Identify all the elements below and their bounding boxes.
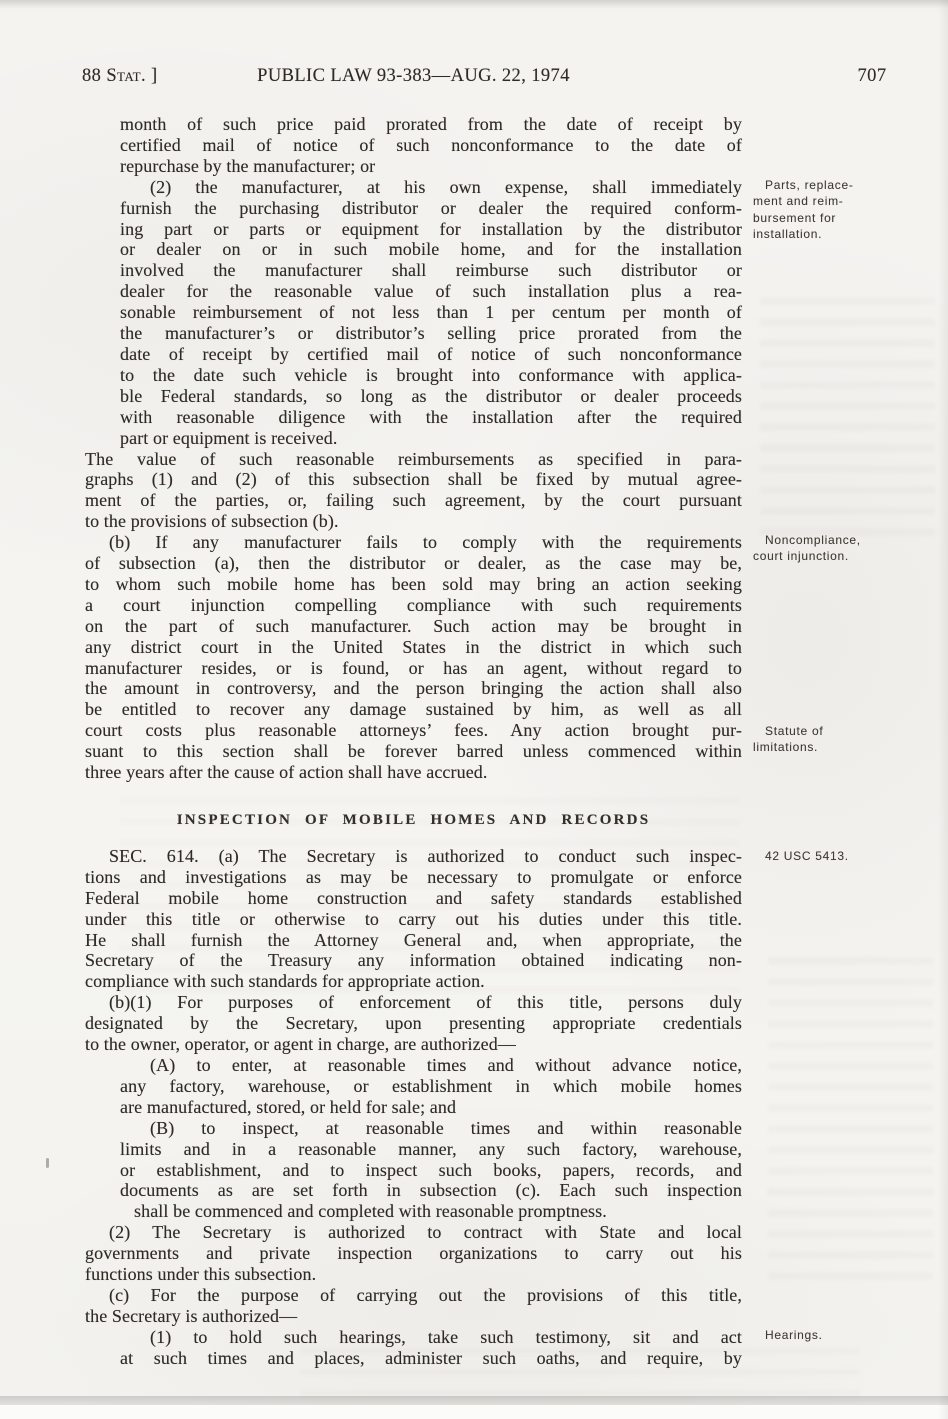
text-line: (A) to enter, at reasonable times and wi…: [120, 1055, 742, 1076]
text-line: be entitled to recover any damage sustai…: [85, 699, 742, 720]
text-line: sonable reimbursement of not less than 1…: [120, 302, 742, 323]
text-line: (2) The Secretary is authorized to contr…: [85, 1222, 742, 1243]
text-line: involved the manufacturer shall reimburs…: [120, 260, 742, 281]
text-line: ing part or parts or equipment for insta…: [120, 219, 742, 240]
text-line: court costs plus reasonable attorneys’ f…: [85, 720, 742, 741]
paragraph: The value of such reasonable reimburseme…: [85, 449, 742, 533]
text-line: to the date such vehicle is brought into…: [120, 365, 742, 386]
text-line: functions under this subsection.: [85, 1264, 742, 1285]
paragraph: (1) to hold such hearings, take such tes…: [85, 1327, 742, 1369]
paragraph: (B) to inspect, at reasonable times and …: [85, 1118, 742, 1223]
text-line: (1) to hold such hearings, take such tes…: [120, 1327, 742, 1348]
text-line: are manufactured, stored, or held for sa…: [120, 1097, 742, 1118]
section-heading: INSPECTION OF MOBILE HOMES AND RECORDS: [85, 810, 742, 831]
text-line: the manufacturer’s or distributor’s sell…: [120, 323, 742, 344]
text-line: month of such price paid prorated from t…: [120, 114, 742, 135]
text-line: ble Federal standards, so long as the di…: [120, 386, 742, 407]
paragraph: month of such price paid prorated from t…: [85, 114, 742, 177]
text-line: (b) If any manufacturer fails to comply …: [85, 532, 742, 553]
text-line: to whom such mobile home has been sold m…: [85, 574, 742, 595]
text-line: The value of such reasonable reimburseme…: [85, 449, 742, 470]
text-line: (2) the manufacturer, at his own expense…: [120, 177, 742, 198]
margin-note-parts-replacement: Parts, replace- ment and reim- bursement…: [753, 177, 929, 242]
text-line: documents as are set forth in subsection…: [120, 1180, 742, 1201]
paragraph: (b) If any manufacturer fails to comply …: [85, 532, 742, 783]
margin-note-statute-limitations: Statute of limitations.: [753, 723, 929, 756]
text-line: He shall furnish the Attorney General an…: [85, 930, 742, 951]
paragraph: (c) For the purpose of carrying out the …: [85, 1285, 742, 1327]
text-line: (b)(1) For purposes of enforcement of th…: [85, 992, 742, 1013]
bleed-through-text: [760, 290, 935, 540]
text-line: tions and investigations as may be neces…: [85, 867, 742, 888]
margin-note-hearings: Hearings.: [753, 1327, 929, 1343]
paragraph: SEC. 614. (a) The Secretary is authorize…: [85, 846, 742, 992]
scan-edge-top: [0, 0, 948, 8]
text-line: on the part of such manufacturer. Such a…: [85, 616, 742, 637]
text-line: shall be commenced and completed with re…: [120, 1201, 742, 1222]
text-line: designated by the Secretary, upon presen…: [85, 1013, 742, 1034]
text-line: repurchase by the manufacturer; or: [120, 156, 742, 177]
text-line: with reasonable diligence with the insta…: [120, 407, 742, 428]
body-text: month of such price paid prorated from t…: [85, 114, 742, 1369]
text-line: part or equipment is received.: [120, 428, 742, 449]
text-line: under this title or otherwise to carry o…: [85, 909, 742, 930]
text-line: Federal mobile home construction and saf…: [85, 888, 742, 909]
text-line: governments and private inspection organ…: [85, 1243, 742, 1264]
paragraph: (2) The Secretary is authorized to contr…: [85, 1222, 742, 1285]
text-line: to the provisions of subsection (b).: [85, 511, 742, 532]
text-line: (c) For the purpose of carrying out the …: [85, 1285, 742, 1306]
text-line: Secretary of the Treasury any informatio…: [85, 950, 742, 971]
text-line: a court injunction compelling compliance…: [85, 595, 742, 616]
text-line: ment of the parties, or, failing such ag…: [85, 490, 742, 511]
scan-edge-bottom-white: [0, 1405, 948, 1419]
text-line: the Secretary is authorized—: [85, 1306, 742, 1327]
paragraph: (A) to enter, at reasonable times and wi…: [85, 1055, 742, 1118]
scan-edge-right: [938, 0, 948, 1419]
text-line: (B) to inspect, at reasonable times and …: [120, 1118, 742, 1139]
paragraph: (b)(1) For purposes of enforcement of th…: [85, 992, 742, 1055]
text-line: suant to this section shall be forever b…: [85, 741, 742, 762]
text-line: or establishment, and to inspect such bo…: [120, 1160, 742, 1181]
statute-page-scan: 88 Stat. ] PUBLIC LAW 93-383—AUG. 22, 19…: [0, 0, 948, 1419]
text-line: the amount in controversy, and the perso…: [85, 678, 742, 699]
text-line: of subsection (a), then the distributor …: [85, 553, 742, 574]
text-line: SEC. 614. (a) The Secretary is authorize…: [85, 846, 742, 867]
scan-edge-bottom: [0, 1396, 948, 1405]
text-line: or dealer on or in such mobile home, and…: [120, 239, 742, 260]
text-line: limits and in a reasonable manner, any s…: [120, 1139, 742, 1160]
text-line: compliance with such standards for appro…: [85, 971, 742, 992]
text-line: three years after the cause of action sh…: [85, 762, 742, 783]
margin-note-usc-citation: 42 USC 5413.: [753, 848, 929, 864]
text-line: date of receipt by certified mail of not…: [120, 344, 742, 365]
text-line: graphs (1) and (2) of this subsection sh…: [85, 469, 742, 490]
text-line: manufacturer resides, or is found, or ha…: [85, 658, 742, 679]
text-line: INSPECTION OF MOBILE HOMES AND RECORDS: [85, 810, 742, 831]
text-line: any factory, warehouse, or establishment…: [120, 1076, 742, 1097]
text-line: any district court in the United States …: [85, 637, 742, 658]
text-line: certified mail of notice of such nonconf…: [120, 135, 742, 156]
margin-note-noncompliance: Noncompliance, court injunction.: [753, 532, 929, 565]
public-law-title: PUBLIC LAW 93-383—AUG. 22, 1974: [85, 66, 742, 87]
bleed-through-text: [768, 950, 933, 1280]
scan-speck: [46, 1158, 49, 1168]
page-number: 707: [852, 66, 892, 87]
paragraph: (2) the manufacturer, at his own expense…: [85, 177, 742, 449]
text-line: to the owner, operator, or agent in char…: [85, 1034, 742, 1055]
text-line: dealer for the reasonable value of such …: [120, 281, 742, 302]
text-line: at such times and places, administer suc…: [120, 1348, 742, 1369]
text-line: furnish the purchasing distributor or de…: [120, 198, 742, 219]
